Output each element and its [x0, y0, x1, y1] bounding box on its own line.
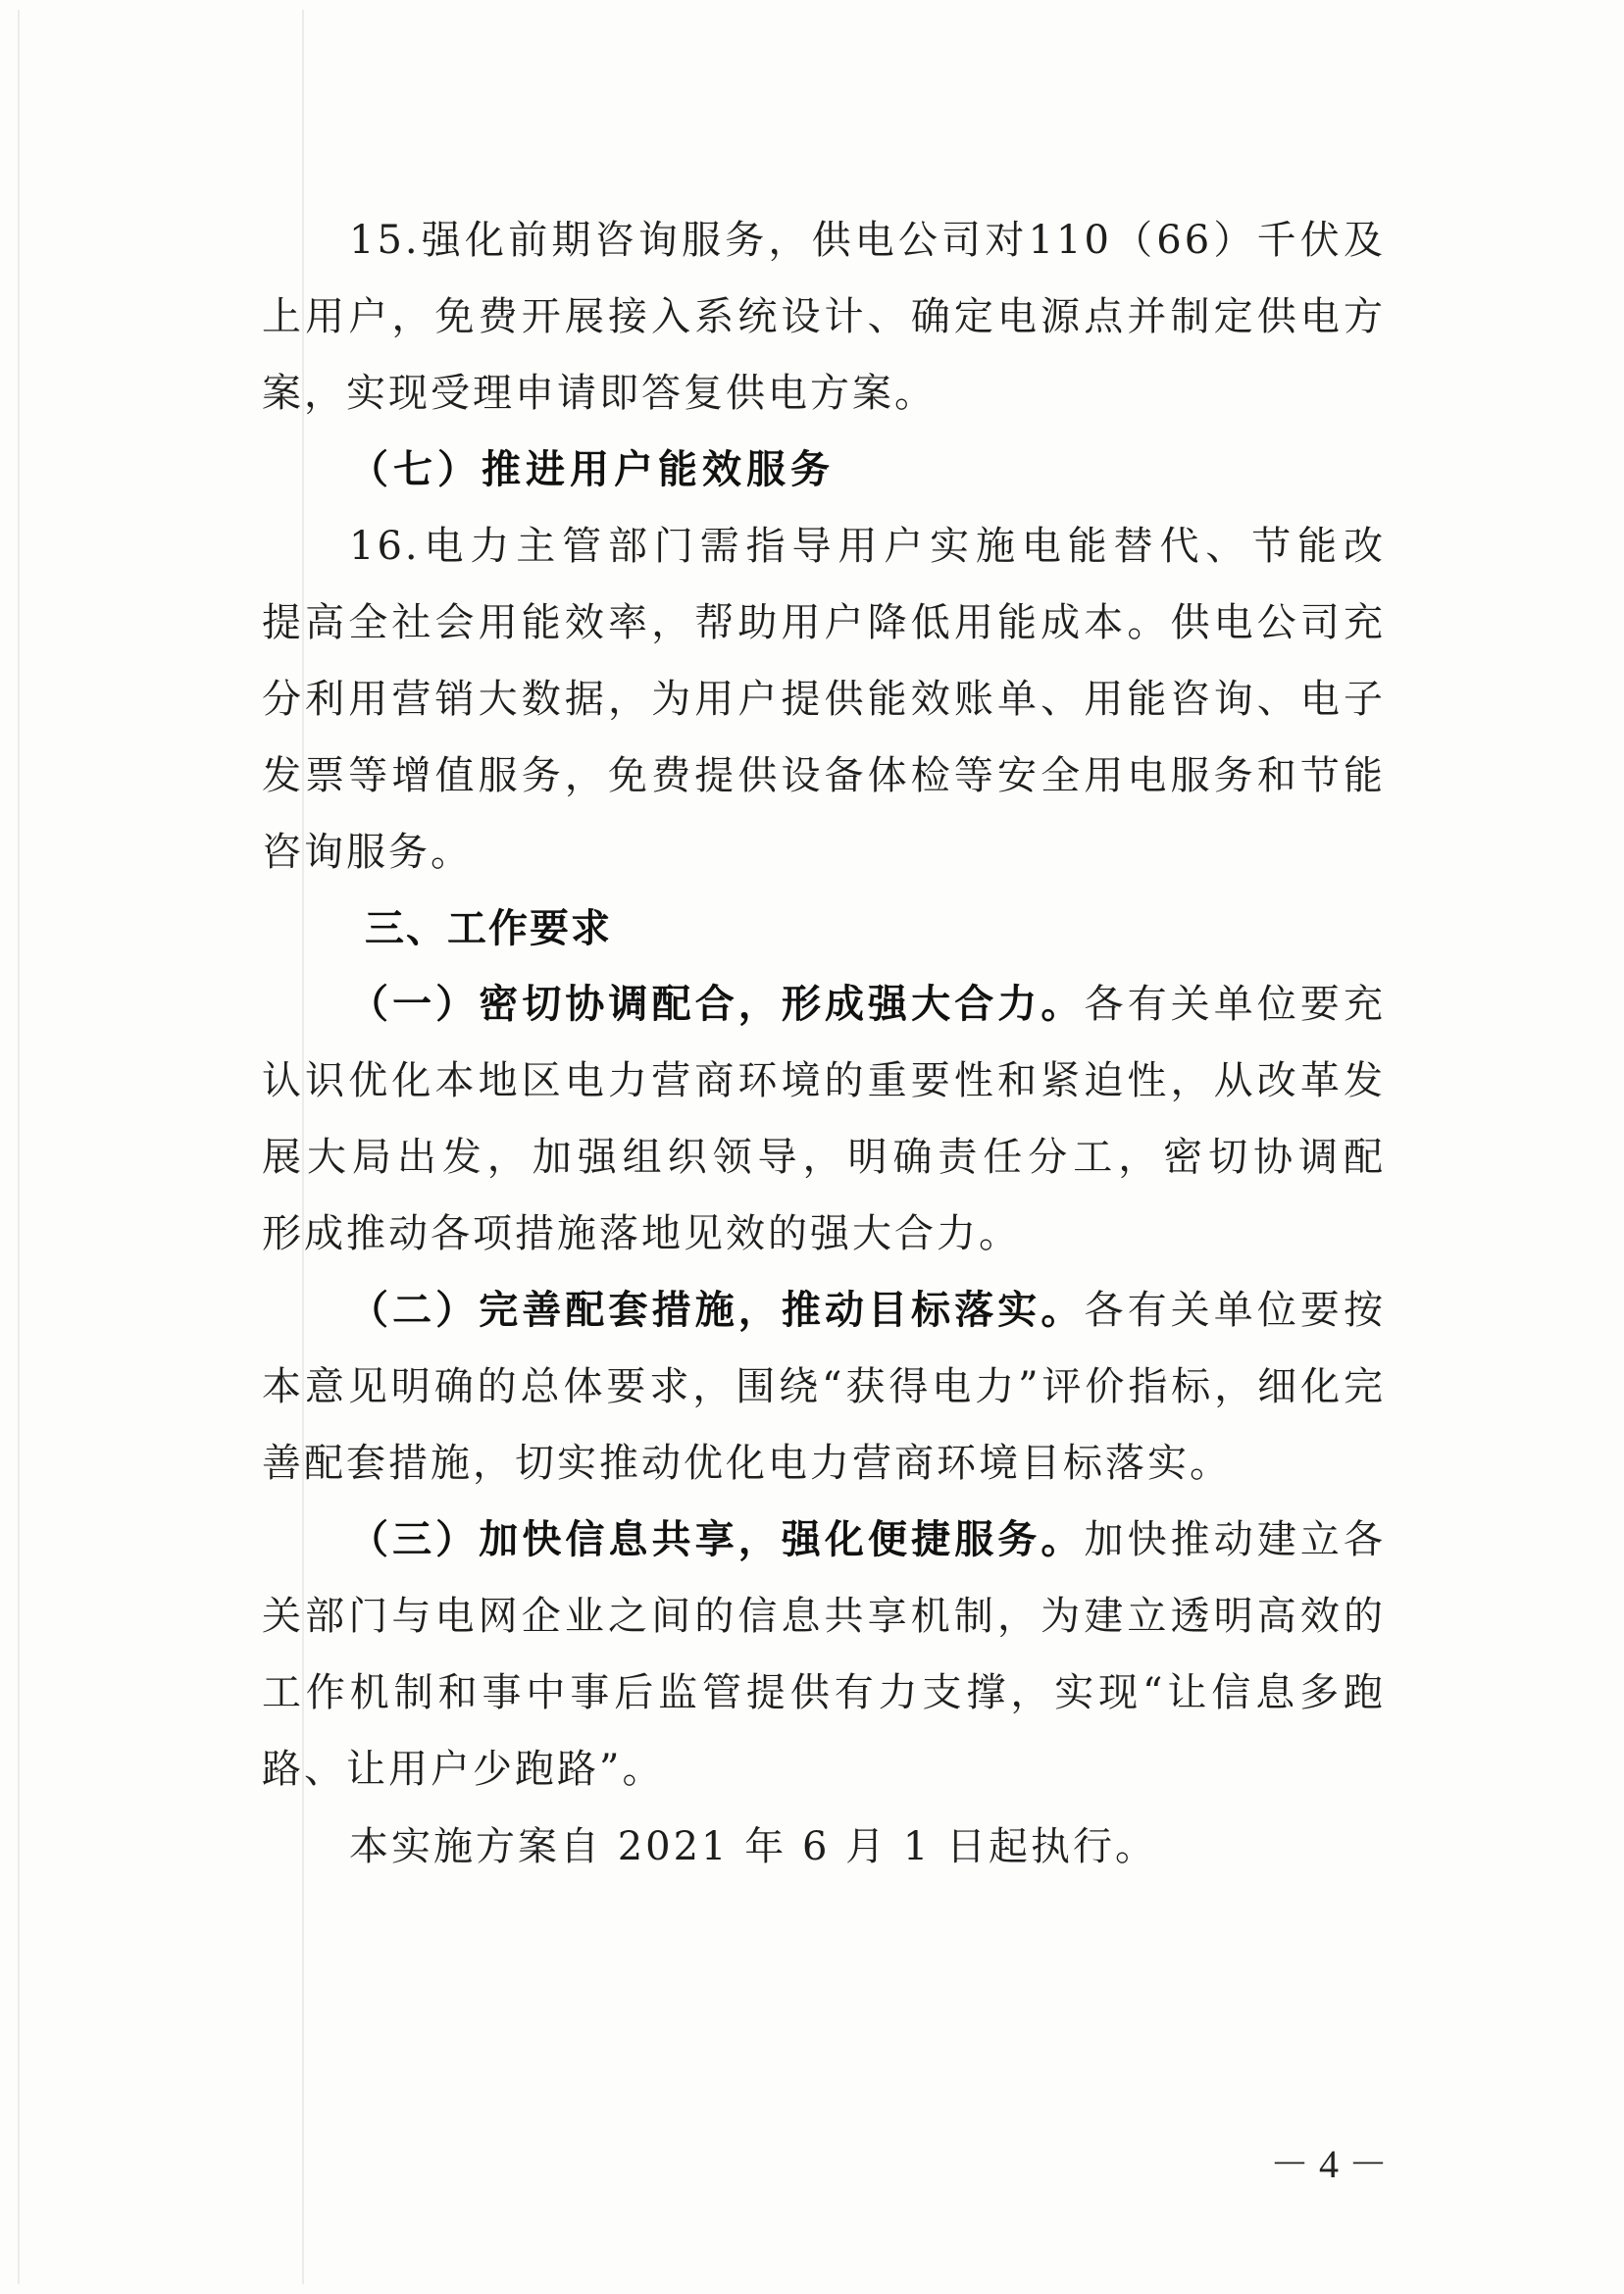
requirement-1-line-4: 形成推动各项措施落地见效的强大合力。	[262, 1196, 1021, 1272]
item-16-line-2: 提高全社会用能效率，帮助用户降低用能成本。供电公司充	[262, 585, 1386, 661]
item-16-line-5: 咨询服务。	[262, 814, 473, 891]
item-15-line-3: 案，实现受理申请即答复供电方案。	[262, 355, 937, 432]
item-16-line-4: 发票等增值服务，免费提供设备体检等安全用电服务和节能	[262, 738, 1386, 814]
item-16-line-1: 16.电力主管部门需指导用户实施电能替代、节能改造，	[349, 508, 1386, 585]
requirement-3-line-4: 路、让用户少跑路”。	[262, 1731, 664, 1808]
effective-date-statement: 本实施方案自 2021 年 6 月 1 日起执行。	[349, 1809, 1157, 1885]
item-15-line-1: 15.强化前期咨询服务，供电公司对110（66）千伏及以	[349, 202, 1386, 279]
requirement-2-title: （二）完善配套措施，推动目标落实。	[349, 1288, 1084, 1333]
page-number: － 4 －	[1265, 2138, 1393, 2191]
requirement-2-line-2: 本意见明确的总体要求，围绕“获得电力”评价指标，细化完	[262, 1349, 1386, 1425]
requirement-1-line-3: 展大局出发，加强组织领导，明确责任分工，密切协调配合，	[262, 1119, 1386, 1196]
requirement-2-line-3: 善配套措施，切实推动优化电力营商环境目标落实。	[262, 1425, 1232, 1502]
requirement-2-line-1: （二）完善配套措施，推动目标落实。各有关单位要按照	[349, 1272, 1386, 1349]
requirement-3-line-2: 关部门与电网企业之间的信息共享机制，为建立透明高效的	[262, 1578, 1386, 1655]
section-heading-7: （七）推进用户能效服务	[349, 432, 835, 508]
requirement-1-line-1: （一）密切协调配合，形成强大合力。各有关单位要充分	[349, 966, 1386, 1043]
item-16-line-3: 分利用营销大数据，为用户提供能效账单、用能咨询、电子	[262, 661, 1386, 738]
scan-edge-line	[18, 10, 20, 2284]
item-15-line-2: 上用户，免费开展接入系统设计、确定电源点并制定供电方	[262, 279, 1386, 355]
requirement-1-line-2: 认识优化本地区电力营商环境的重要性和紧迫性，从改革发	[262, 1043, 1386, 1119]
chapter-heading-3: 三、工作要求	[365, 891, 612, 967]
requirement-1-title: （一）密切协调配合，形成强大合力。	[349, 982, 1084, 1027]
requirement-3-line-1: （三）加快信息共享，强化便捷服务。加快推动建立各相	[349, 1502, 1386, 1578]
requirement-3-line-3: 工作机制和事中事后监管提供有力支撑，实现“让信息多跑	[262, 1655, 1386, 1731]
requirement-3-title: （三）加快信息共享，强化便捷服务。	[349, 1517, 1084, 1562]
